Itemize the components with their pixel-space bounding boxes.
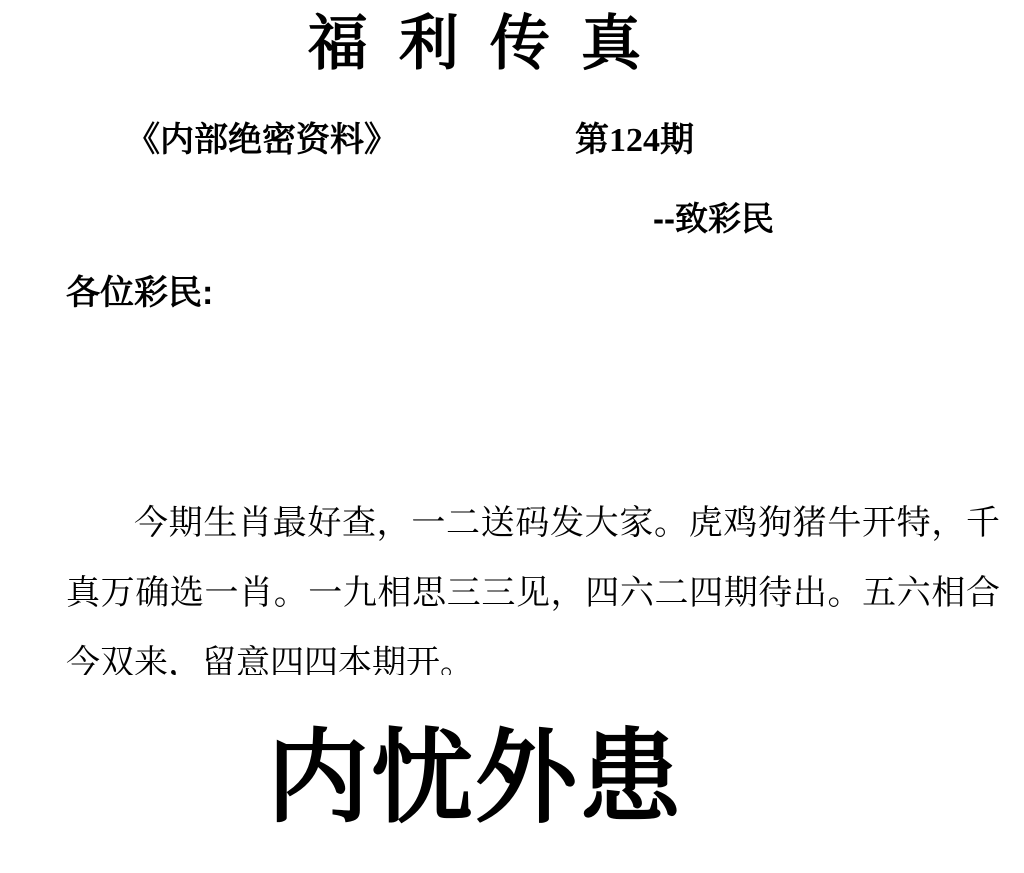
issue-number: 第124期 [575, 120, 694, 162]
body-line-2: 真万确选一肖。一九相思三三见，四六二四期待出。五六相合 [66, 559, 1000, 629]
headline-phrase: 内忧外患 [0, 724, 950, 836]
salutation: 各位彩民: [66, 272, 213, 314]
body-paragraph: 今期生肖最好查，一二送码发大家。虎鸡狗猪牛开特，千 真万确选一肖。一九相思三三见… [66, 489, 1000, 675]
classification-label: 《内部绝密资料》 [126, 118, 398, 162]
document-page: 福 利 传 真 《内部绝密资料》 第124期 --致彩民 各位彩民: 今期生肖最… [0, 0, 1024, 873]
body-line-3: 今双来，留意四四本期开。 [66, 629, 1000, 675]
page-title: 福 利 传 真 [0, 8, 956, 80]
body-line-1: 今期生肖最好查，一二送码发大家。虎鸡狗猪牛开特，千 [66, 489, 1000, 559]
dedication-line: --致彩民 [653, 198, 774, 240]
